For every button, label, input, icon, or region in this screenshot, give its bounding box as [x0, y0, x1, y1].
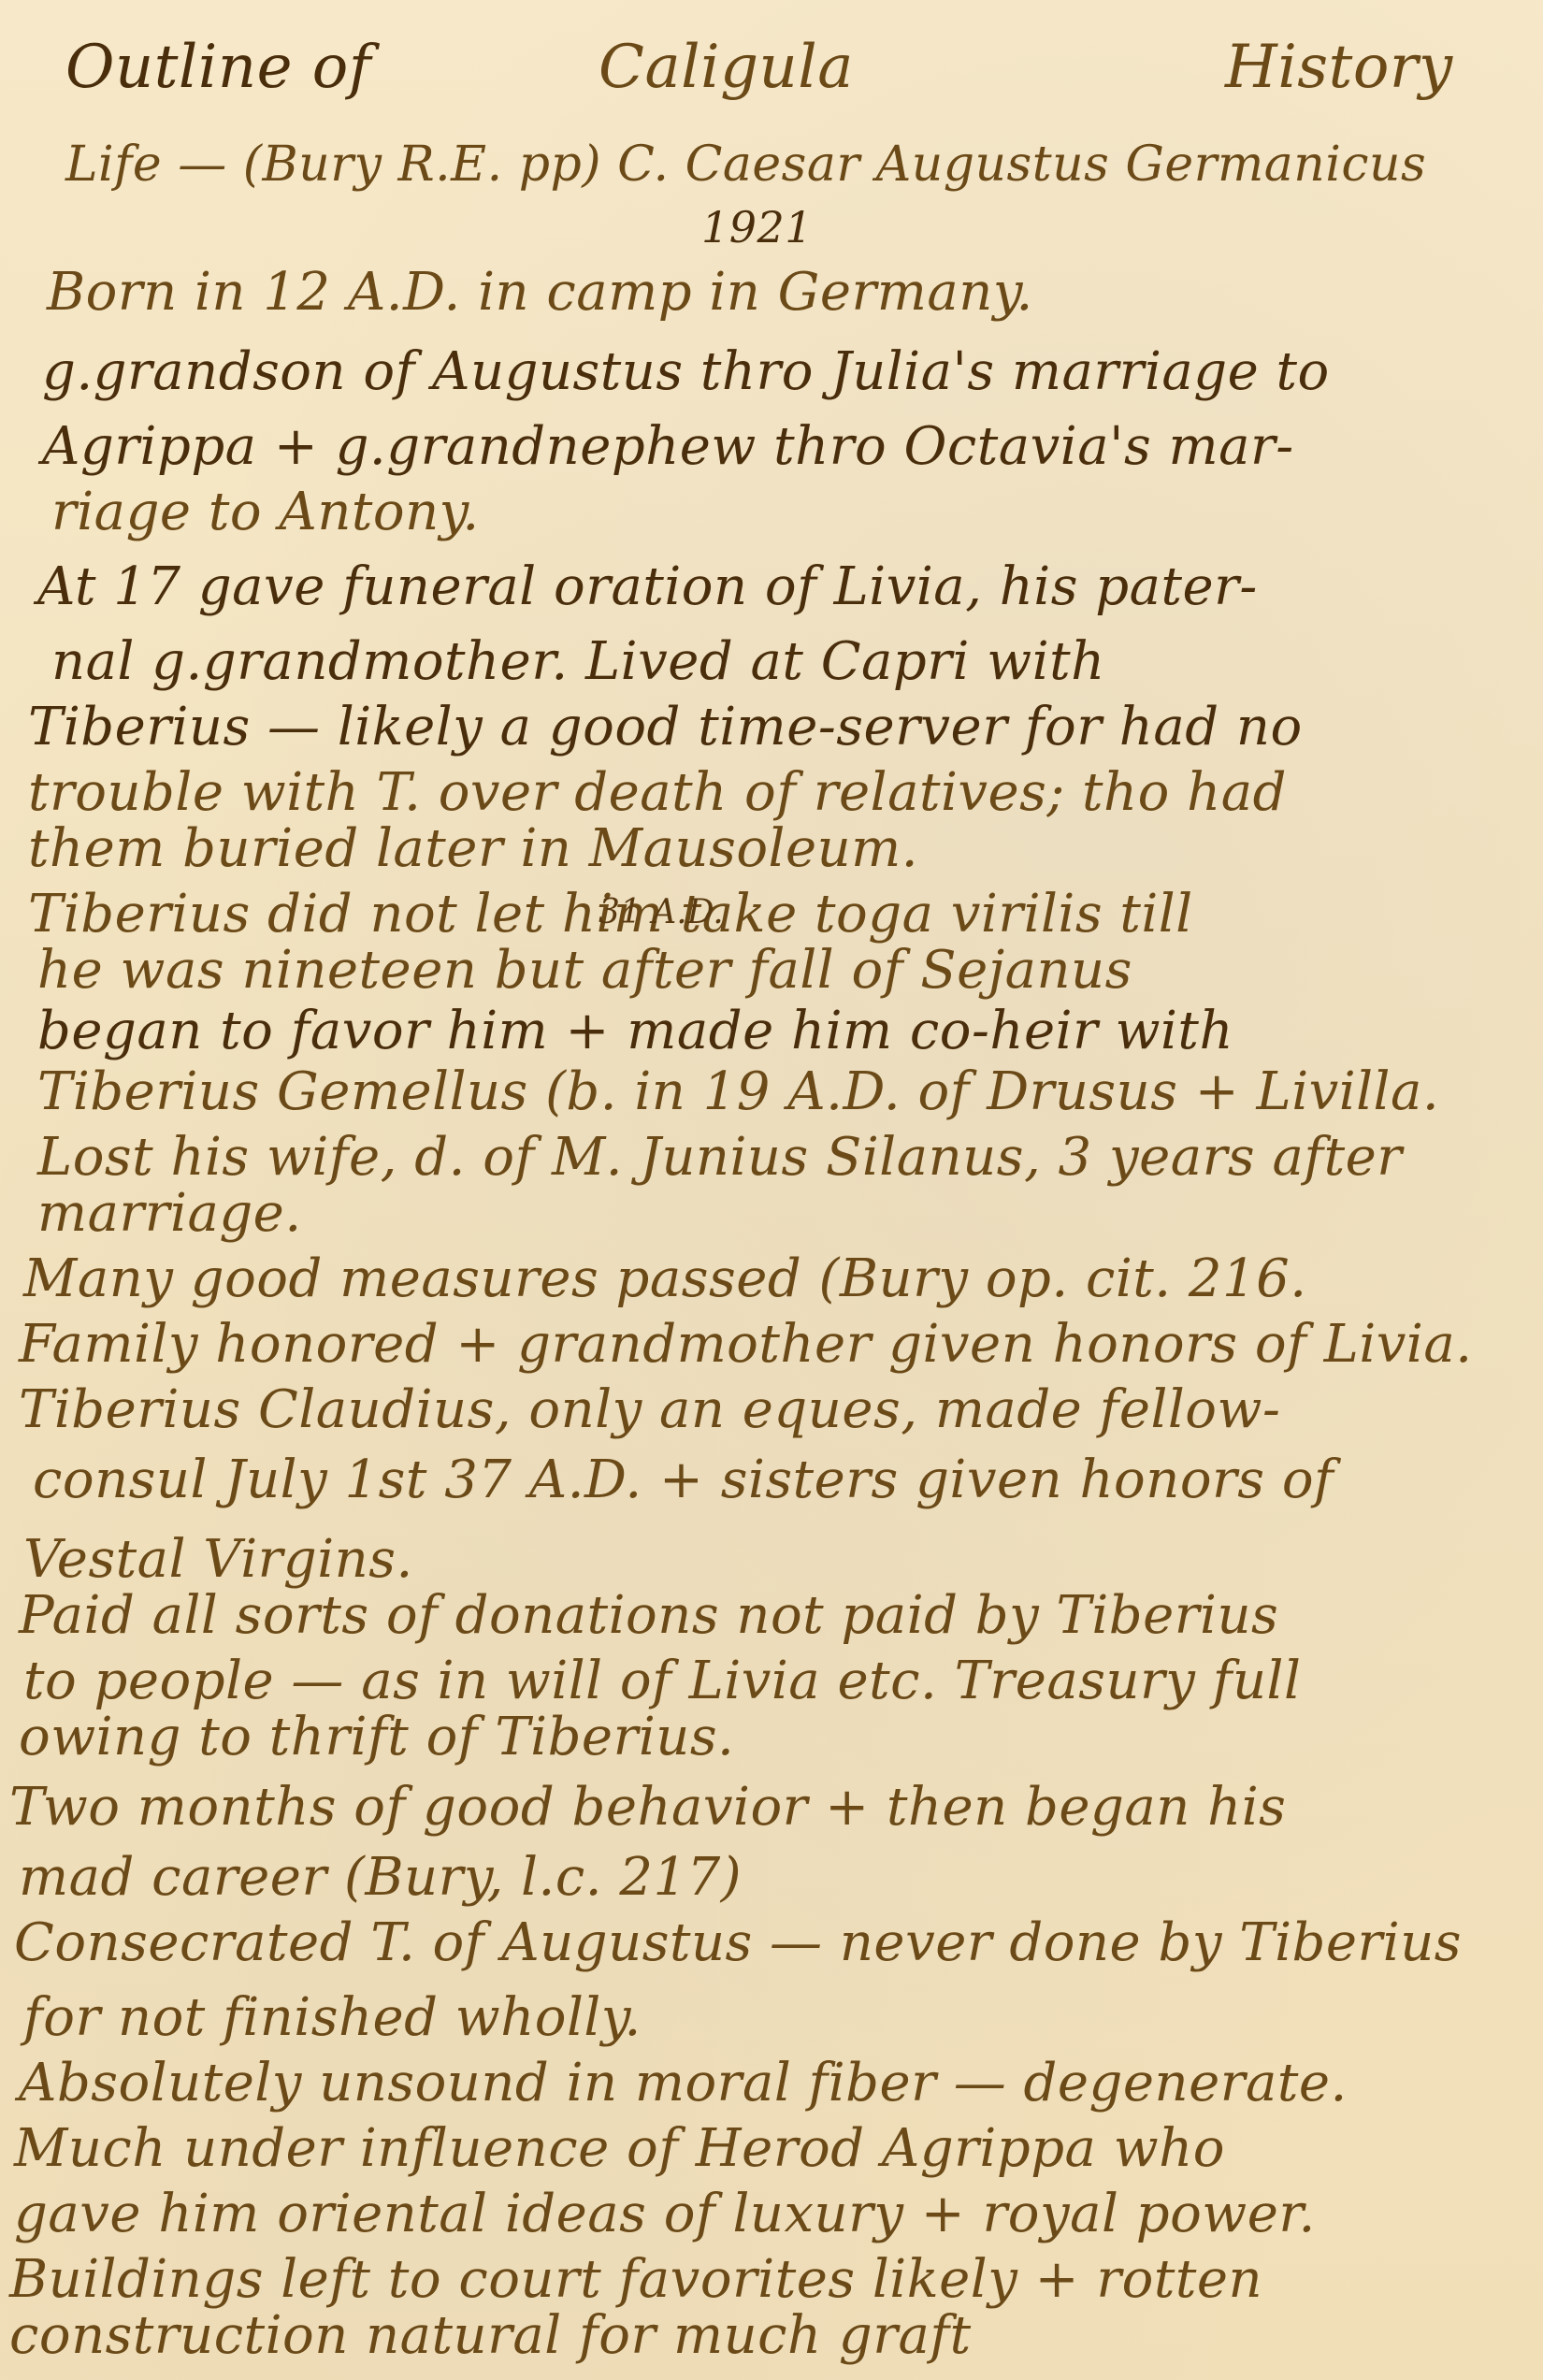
line-25: mad career (Bury, l.c. 217) — [19, 1852, 742, 1904]
line-4: riage to Antony. — [51, 486, 480, 539]
line-23: owing to thrift of Tiberius. — [19, 1711, 734, 1764]
line-16: Many good measures passed (Bury op. cit.… — [23, 1253, 1307, 1305]
line-3: Agrippa + g.grandnephew thro Octavia's m… — [42, 421, 1294, 473]
manuscript-page: Outline of Caligula History Life — (Bury… — [0, 0, 1543, 2380]
line-22: to people — as in will of Livia etc. Tre… — [23, 1655, 1301, 1708]
line-13: Tiberius Gemellus (b. in 19 A.D. of Drus… — [37, 1066, 1439, 1118]
line-24: Two months of good behavior + then began… — [9, 1781, 1286, 1834]
line-32: construction natural for much graft — [9, 2310, 972, 2362]
title-outline-of: Outline of — [65, 37, 371, 97]
year: 1921 — [701, 206, 813, 249]
subtitle-life: Life — (Bury R.E. pp) C. Caesar Augustus… — [65, 140, 1426, 189]
line-27: for not finished wholly. — [23, 1992, 642, 2044]
title-caligula: Caligula — [598, 37, 854, 97]
line-12: began to favor him + made him co-heir wi… — [37, 1005, 1233, 1058]
line-1: Born in 12 A.D. in camp in Germany. — [47, 267, 1033, 319]
line-11: he was nineteen but after fall of Sejanu… — [37, 945, 1132, 997]
line-2: g.grandson of Augustus thro Julia's marr… — [42, 346, 1330, 398]
line-14: Lost his wife, d. of M. Junius Silanus, … — [37, 1132, 1402, 1184]
line-20: Vestal Virgins. — [23, 1534, 413, 1586]
line-5: At 17 gave funeral oration of Livia, his… — [37, 561, 1258, 613]
line-28: Absolutely unsound in moral fiber — dege… — [19, 2057, 1348, 2110]
line-8: trouble with T. over death of relatives;… — [28, 767, 1287, 819]
line-21: Paid all sorts of donations not paid by … — [19, 1590, 1278, 1642]
line-18: Tiberius Claudius, only an eques, made f… — [19, 1384, 1280, 1436]
line-30: gave him oriental ideas of luxury + roya… — [14, 2188, 1316, 2241]
title-history: History — [1225, 37, 1453, 97]
line-6: nal g.grandmother. Lived at Capri with — [51, 636, 1105, 688]
annotation-31-ad: 31 A.D. — [598, 893, 724, 931]
line-26: Consecrated T. of Augustus — never done … — [14, 1917, 1462, 1969]
line-19: consul July 1st 37 A.D. + sisters given … — [33, 1454, 1334, 1507]
line-7: Tiberius — likely a good time-server for… — [28, 701, 1303, 754]
line-15: marriage. — [37, 1188, 302, 1240]
line-29: Much under influence of Herod Agrippa wh… — [14, 2123, 1225, 2175]
line-31: Buildings left to court favorites likely… — [9, 2254, 1262, 2306]
line-9: them buried later in Mausoleum. — [28, 823, 918, 875]
line-17: Family honored + grandmother given honor… — [19, 1319, 1473, 1371]
